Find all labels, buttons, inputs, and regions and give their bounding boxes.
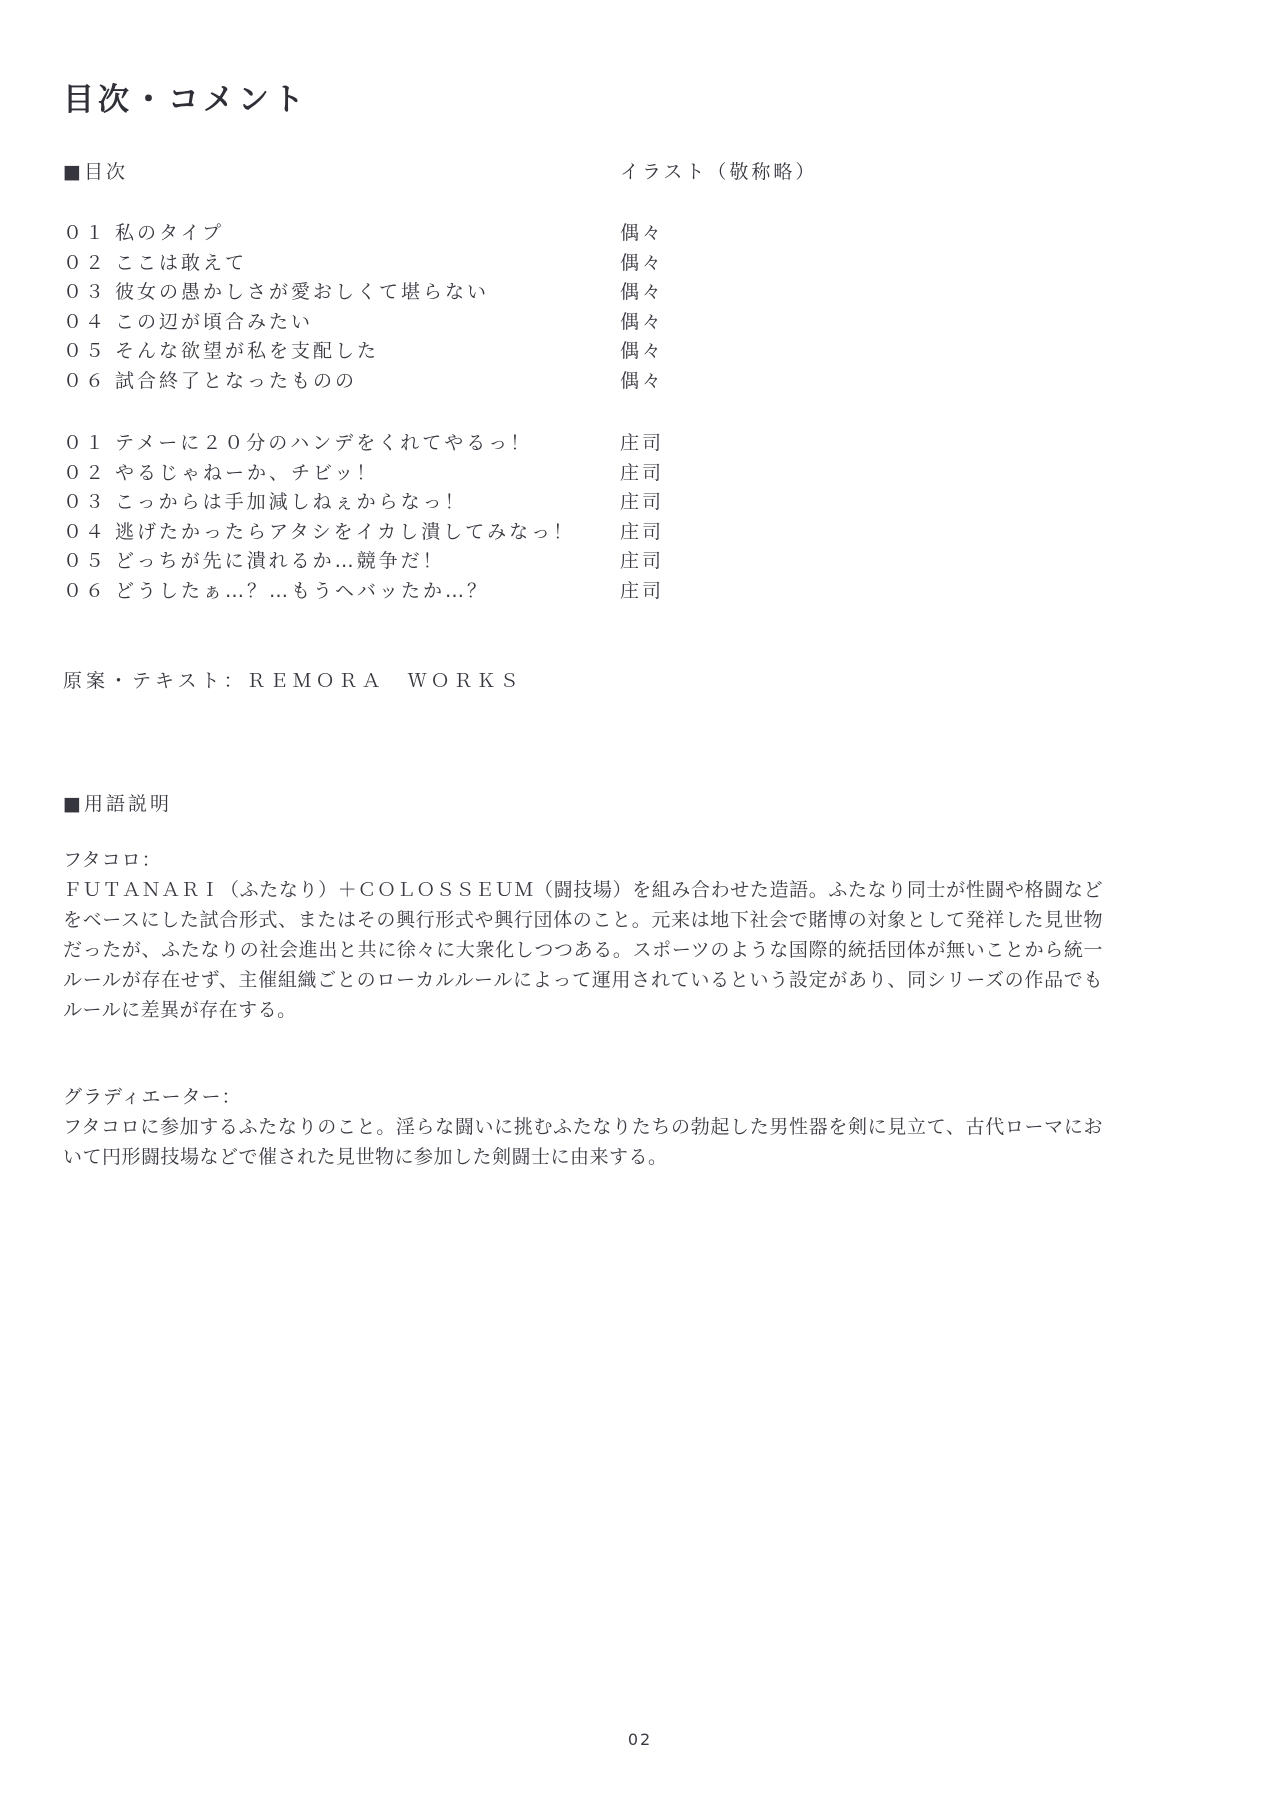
- toc-item-illustrator: 庄司: [620, 518, 1217, 548]
- toc-row: ０３ こっからは手加減しねぇからなっ！ 庄司: [63, 488, 1217, 518]
- page-title: 目次・コメント: [63, 0, 1217, 119]
- document-page: 目次・コメント ■目次 イラスト（敬称略） ０１ 私のタイプ 偶々 ０２ ここは…: [0, 0, 1280, 1800]
- toc-row: ０４ この辺が頃合みたい 偶々: [63, 308, 1217, 338]
- toc-item-number: ０５: [63, 547, 115, 577]
- toc-item-number: ０２: [63, 249, 115, 279]
- toc-item-illustrator: 偶々: [620, 308, 1217, 338]
- toc-row: ０６ 試合終了となったものの 偶々: [63, 367, 1217, 397]
- toc-group-2: ０１ テメーに２０分のハンデをくれてやるっ！ 庄司 ０２ やるじゃねーか、チビッ…: [63, 429, 1217, 606]
- toc-row: ０５ そんな欲望が私を支配した 偶々: [63, 337, 1217, 367]
- toc-item-title: テメーに２０分のハンデをくれてやるっ！: [115, 429, 620, 459]
- glossary-term-body: ＦＵＴＡＮＡＲＩ（ふたなり）＋ＣＯＬＯＳＳＥＵＭ（闘技場）を組み合わせた造語。ふ…: [63, 875, 1103, 1025]
- toc-row: ０２ やるじゃねーか、チビッ！ 庄司: [63, 459, 1217, 489]
- glossary-term-gladiator: グラディエーター： フタコロに参加するふたなりのこと。淫らな闘いに挑むふたなりた…: [63, 1082, 1217, 1172]
- toc-item-title: 私のタイプ: [115, 219, 620, 249]
- toc-item-number: ０１: [63, 429, 115, 459]
- toc-group-1: ０１ 私のタイプ 偶々 ０２ ここは敢えて 偶々 ０３ 彼女の愚かしさが愛おしく…: [63, 219, 1217, 396]
- toc-item-illustrator: 偶々: [620, 278, 1217, 308]
- toc-item-illustrator: 庄司: [620, 429, 1217, 459]
- glossary-section-label: ■用語説明: [63, 789, 1217, 816]
- toc-row: ０４ 逃げたかったらアタシをイカし潰してみなっ！ 庄司: [63, 518, 1217, 548]
- toc-section-label: ■目次: [63, 161, 128, 183]
- toc-item-title: どうしたぁ…？…もうヘバッたか…？: [115, 577, 620, 607]
- glossary-term-name: グラディエーター：: [63, 1082, 1217, 1112]
- toc-item-title: 逃げたかったらアタシをイカし潰してみなっ！: [115, 518, 620, 548]
- toc-item-number: ０５: [63, 337, 115, 367]
- toc-item-illustrator: 偶々: [620, 249, 1217, 279]
- toc-item-illustrator: 偶々: [620, 367, 1217, 397]
- toc-item-number: ０６: [63, 577, 115, 607]
- toc-item-number: ０３: [63, 488, 115, 518]
- toc-item-number: ０３: [63, 278, 115, 308]
- toc-item-number: ０２: [63, 459, 115, 489]
- toc-row: ０２ ここは敢えて 偶々: [63, 249, 1217, 279]
- toc-item-number: ０６: [63, 367, 115, 397]
- toc-item-illustrator: 庄司: [620, 577, 1217, 607]
- toc-item-illustrator: 庄司: [620, 488, 1217, 518]
- toc-item-number: ０１: [63, 219, 115, 249]
- glossary-term-futakoro: フタコロ： ＦＵＴＡＮＡＲＩ（ふたなり）＋ＣＯＬＯＳＳＥＵＭ（闘技場）を組み合わ…: [63, 845, 1217, 1025]
- toc-illustrator-column-label: イラスト（敬称略）: [620, 157, 817, 184]
- toc-item-title: この辺が頃合みたい: [115, 308, 620, 338]
- toc-item-illustrator: 偶々: [620, 337, 1217, 367]
- page-number: 02: [0, 1730, 1280, 1749]
- toc-item-number: ０４: [63, 308, 115, 338]
- credit-line: 原案・テキスト：ＲＥＭＯＲＡ ＷＯＲＫＳ: [63, 666, 1217, 693]
- glossary-term-name: フタコロ：: [63, 845, 1217, 875]
- toc-item-title: ここは敢えて: [115, 249, 620, 279]
- toc-item-number: ０４: [63, 518, 115, 548]
- toc-item-title: 彼女の愚かしさが愛おしくて堪らない: [115, 278, 620, 308]
- toc-item-title: こっからは手加減しねぇからなっ！: [115, 488, 620, 518]
- toc-item-title: やるじゃねーか、チビッ！: [115, 459, 620, 489]
- toc-row: ０６ どうしたぁ…？…もうヘバッたか…？ 庄司: [63, 577, 1217, 607]
- toc-item-title: そんな欲望が私を支配した: [115, 337, 620, 367]
- toc-item-title: どっちが先に潰れるか…競争だ！: [115, 547, 620, 577]
- toc-item-title: 試合終了となったものの: [115, 367, 620, 397]
- toc-row: ０３ 彼女の愚かしさが愛おしくて堪らない 偶々: [63, 278, 1217, 308]
- toc-item-illustrator: 偶々: [620, 219, 1217, 249]
- toc-row: ０１ テメーに２０分のハンデをくれてやるっ！ 庄司: [63, 429, 1217, 459]
- glossary-term-body: フタコロに参加するふたなりのこと。淫らな闘いに挑むふたなりたちの勃起した男性器を…: [63, 1112, 1103, 1172]
- toc-row: ０５ どっちが先に潰れるか…競争だ！ 庄司: [63, 547, 1217, 577]
- toc-row: ０１ 私のタイプ 偶々: [63, 219, 1217, 249]
- toc-item-illustrator: 庄司: [620, 547, 1217, 577]
- toc-header: ■目次 イラスト（敬称略）: [63, 157, 1217, 183]
- toc-item-illustrator: 庄司: [620, 459, 1217, 489]
